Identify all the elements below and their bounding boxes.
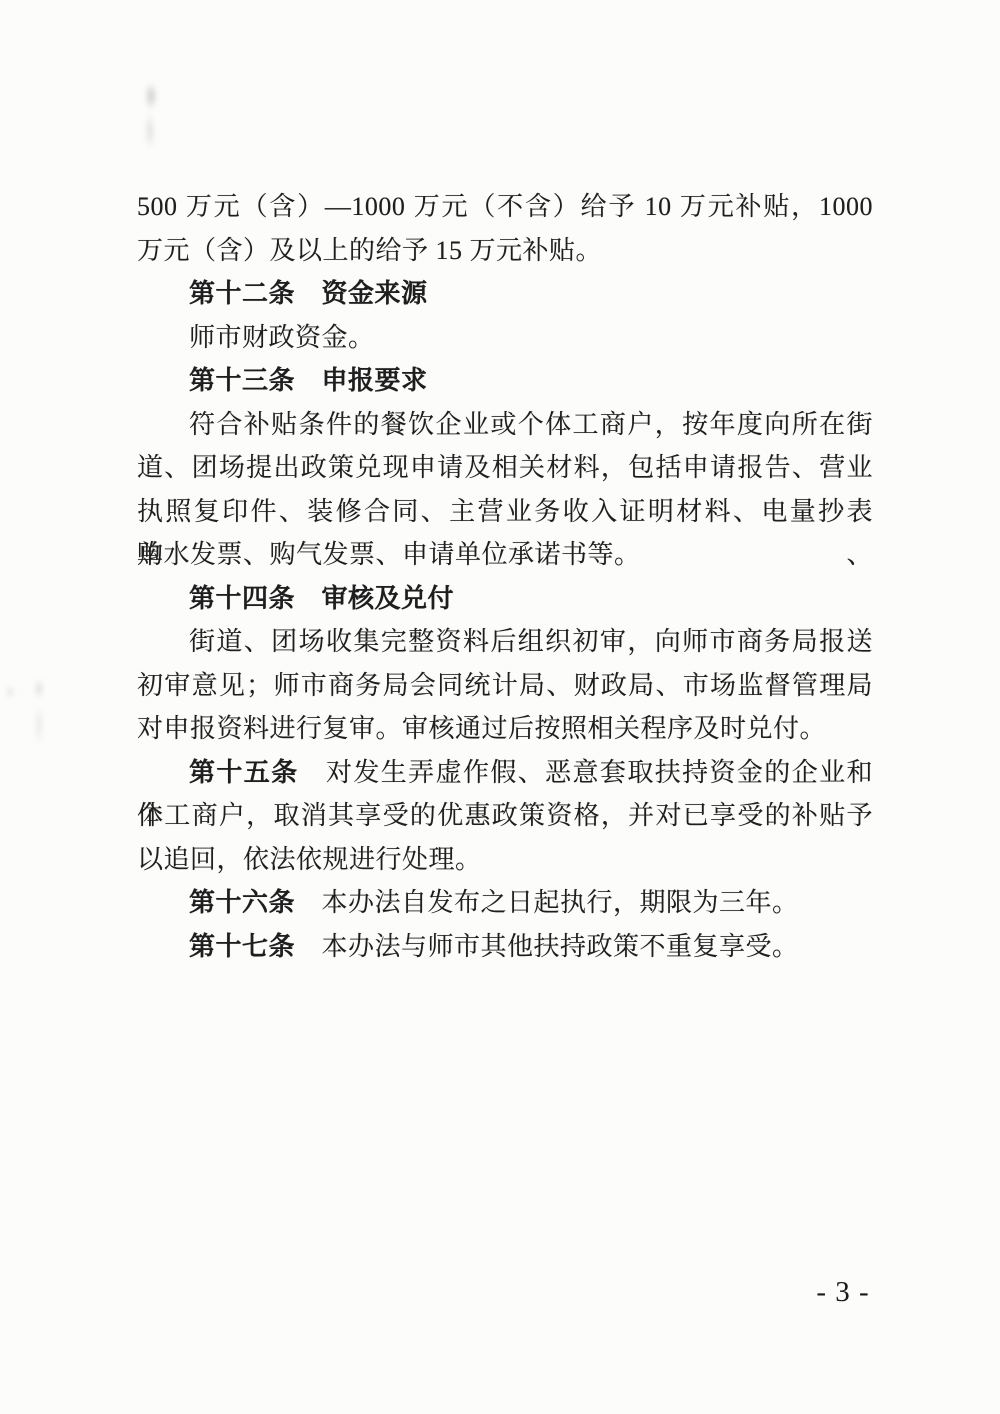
text-line: 执照复印件、装修合同、主营业务收入证明材料、电量抄表单、 [137,490,873,534]
scan-smudge [140,82,162,152]
page-number: - 3 - [778,1272,908,1312]
text-line: 以追回，依法依规进行处理。 [137,838,873,882]
article-heading: 第十七条 本办法与师市其他扶持政策不重复享受。 [137,925,873,969]
text-line: 初审意见；师市商务局会同统计局、财政局、市场监督管理局 [137,664,873,708]
text-line: 师市财政资金。 [137,316,873,360]
text-line: 对申报资料进行复审。审核通过后按照相关程序及时兑付。 [137,707,873,751]
text-line: 体工商户，取消其享受的优惠政策资格，并对已享受的补贴予 [137,794,873,838]
text-line: 符合补贴条件的餐饮企业或个体工商户，按年度向所在街 [137,403,873,447]
text-line: 街道、团场收集完整资料后组织初审，向师市商务局报送 [137,620,873,664]
article-heading: 第十二条 资金来源 [137,272,873,316]
document-page: 500 万元（含）—1000 万元（不含）给予 10 万元补贴，1000 万元（… [0,0,1000,1414]
article-heading: 第十五条 对发生弄虚作假、恶意套取扶持资金的企业和个 [137,751,873,795]
article-heading: 第十三条 申报要求 [137,359,873,403]
document-body: 500 万元（含）—1000 万元（不含）给予 10 万元补贴，1000 万元（… [137,185,873,968]
text-line: 万元（含）及以上的给予 15 万元补贴。 [137,229,873,273]
text-line: 道、团场提出政策兑现申请及相关材料，包括申请报告、营业 [137,446,873,490]
scan-smudge [4,680,16,704]
article-heading: 第十六条 本办法自发布之日起执行，期限为三年。 [137,881,873,925]
text-line: 500 万元（含）—1000 万元（不含）给予 10 万元补贴，1000 [137,185,873,229]
scan-smudge [30,678,48,750]
article-heading: 第十四条 审核及兑付 [137,577,873,621]
